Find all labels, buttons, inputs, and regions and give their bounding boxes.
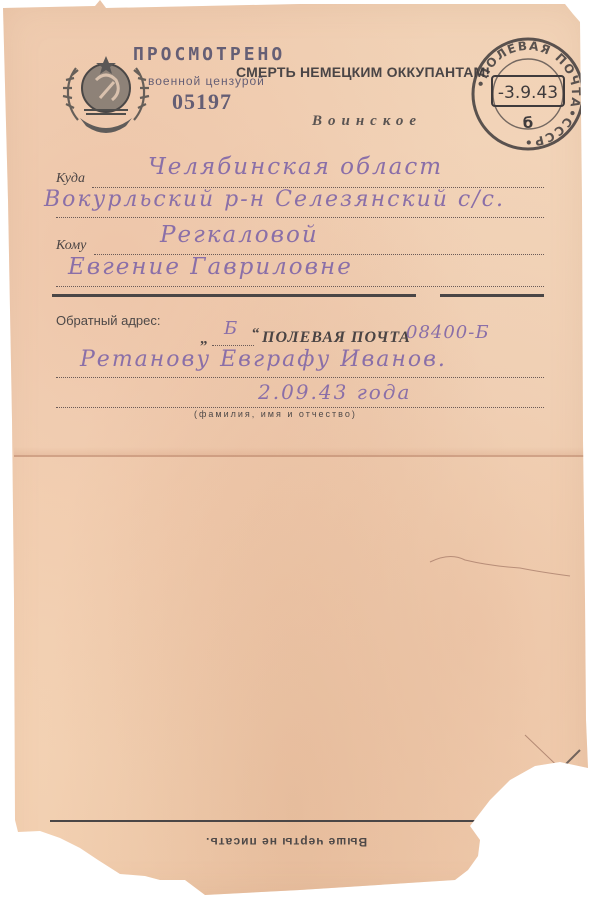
postmark-stamp-icon: •ПОЛЕВАЯ ПОЧТА•СССР• -3.9.43 б xyxy=(470,36,586,152)
sender-date-handwritten: 2.09.43 года xyxy=(258,380,411,404)
bottom-divider xyxy=(50,820,490,822)
recipient-surname-handwritten: Регкаловой xyxy=(160,222,319,248)
open-quote: „ xyxy=(200,331,208,348)
address-line-2 xyxy=(56,217,544,218)
recipient-line-2 xyxy=(56,286,544,287)
sender-line-2 xyxy=(56,407,544,408)
censor-stamp-number: 05197 xyxy=(172,89,232,115)
fold-shadow xyxy=(14,447,584,455)
svg-text:-3.9.43: -3.9.43 xyxy=(498,83,558,103)
unit-handwritten: Б xyxy=(224,318,239,339)
svg-text:б: б xyxy=(523,114,533,132)
recipient-label: Кому xyxy=(56,238,86,254)
field-post-label: ПОЛЕВАЯ ПОЧТА xyxy=(262,329,411,347)
do-not-write-above-note: Выше черты не писать. xyxy=(205,835,367,849)
censor-stamp-title: ПРОСМОТРЕНО xyxy=(133,44,285,65)
to-address-label: Куда xyxy=(56,171,85,187)
unit-line xyxy=(212,345,254,346)
corner-fold-crease xyxy=(520,730,589,790)
address-region-handwritten: Челябинская област xyxy=(148,154,443,180)
divider-thick-right xyxy=(440,294,544,297)
recipient-name-handwritten: Евгение Гавриловне xyxy=(68,254,353,280)
return-address-label: Обратный адрес: xyxy=(56,313,160,328)
sender-name-handwritten: Ретанову Евграфу Иванов. xyxy=(80,347,447,372)
field-post-number-handwritten: 08400-Б xyxy=(406,322,490,343)
divider-thick-left xyxy=(52,294,416,297)
fio-caption: (фамилия, имя и отчество) xyxy=(194,409,357,419)
paper-crease xyxy=(420,540,589,590)
letter-type-label: Воинское xyxy=(312,113,422,130)
address-district-handwritten: Вокурльский р-н Селезянский с/с. xyxy=(44,187,505,212)
fold-line xyxy=(14,455,584,457)
close-quote: “ xyxy=(252,326,260,343)
slogan-heading: СМЕРТЬ НЕМЕЦКИМ ОККУПАНТАМ! xyxy=(236,64,490,80)
sender-line-1 xyxy=(56,377,544,378)
letter-sheet: ПРОСМОТРЕНО военной цензурой 05197 СМЕРТ… xyxy=(0,0,589,900)
